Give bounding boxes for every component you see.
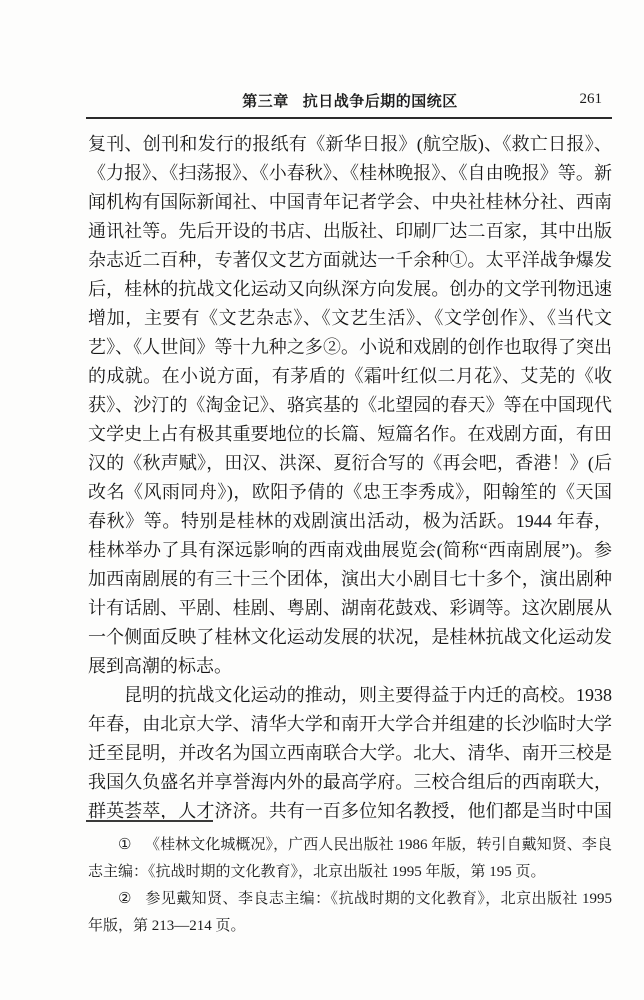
footnote-1-text: 《桂林文化城概况》，广西人民出版社 1986 年版，转引自戴知贤、李良志主编：《… <box>88 837 612 880</box>
header-rule <box>86 117 612 119</box>
book-page: 第三章抗日战争后期的国统区 261 复刊、创刊和发行的报纸有《新华日报》(航空版… <box>0 0 644 1000</box>
page-body: 复刊、创刊和发行的报纸有《新华日报》(航空版)、《救亡日报》、《力报》、《扫荡报… <box>88 130 612 819</box>
footnote-2: ②参见戴知贤、李良志主编：《抗战时期的文化教育》，北京出版社 1995 年版，第… <box>88 886 612 940</box>
footnote-separator <box>86 820 213 822</box>
footnote-2-marker: ② <box>118 891 132 907</box>
footnote-1-marker: ① <box>118 837 132 853</box>
chapter-label: 第三章 <box>242 93 289 110</box>
running-title: 第三章抗日战争后期的国统区 <box>88 90 612 111</box>
footnote-1: ①《桂林文化城概况》，广西人民出版社 1986 年版，转引自戴知贤、李良志主编：… <box>88 832 612 886</box>
footnotes: ①《桂林文化城概况》，广西人民出版社 1986 年版，转引自戴知贤、李良志主编：… <box>88 832 612 940</box>
footnote-2-text: 参见戴知贤、李良志主编：《抗战时期的文化教育》，北京出版社 1995 年版，第 … <box>88 891 612 934</box>
paragraph-2: 昆明的抗战文化运动的推动，则主要得益于内迁的高校。1938 年春，由北京大学、清… <box>88 681 612 819</box>
running-header: 第三章抗日战争后期的国统区 261 <box>88 90 612 112</box>
page-number: 261 <box>580 91 603 108</box>
chapter-title: 抗日战争后期的国统区 <box>303 93 458 110</box>
paragraph-1: 复刊、创刊和发行的报纸有《新华日报》(航空版)、《救亡日报》、《力报》、《扫荡报… <box>88 130 612 681</box>
